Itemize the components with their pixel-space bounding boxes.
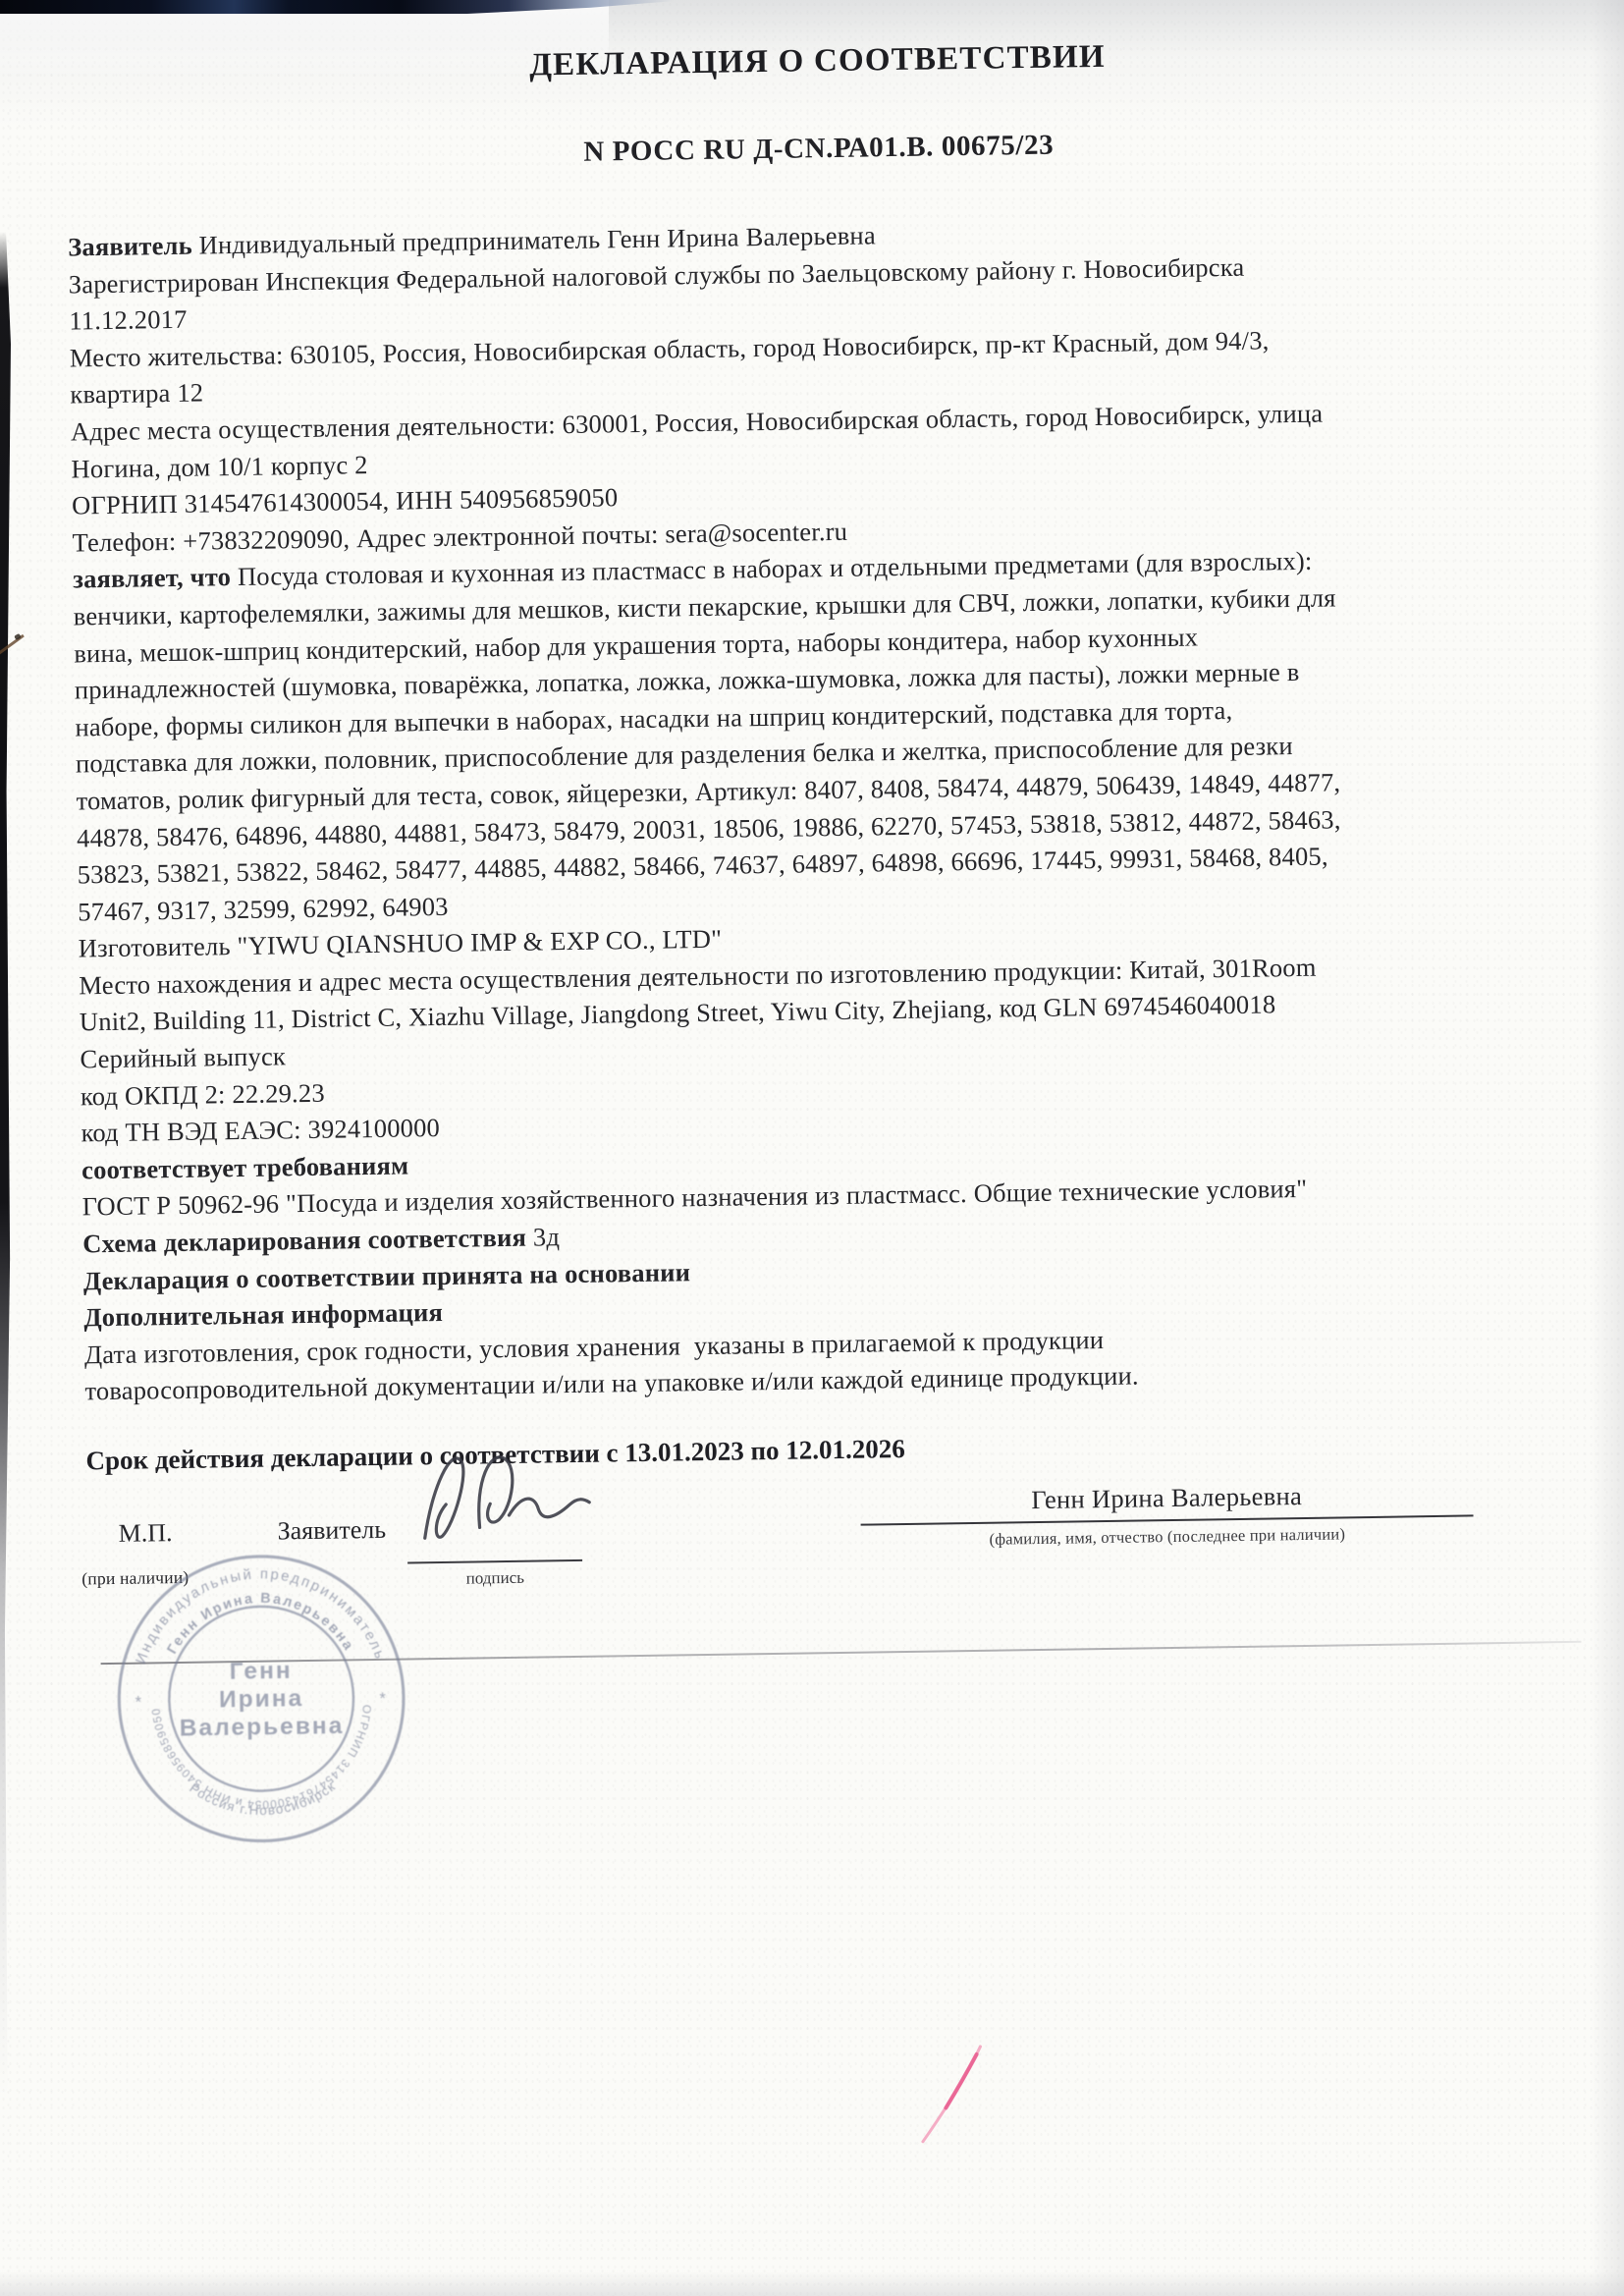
document-number: N РОСС RU Д-CN.РА01.В. 00675/23 [55, 122, 1583, 177]
round-stamp: Индивидуальный предприниматель Генн Ирин… [109, 1547, 414, 1852]
scanned-declaration-page: ДЕКЛАРАЦИЯ О СООТВЕТСТВИИ N РОСС RU Д-CN… [0, 0, 1624, 2296]
stamp-separator-right: * [379, 1690, 386, 1708]
stamp-center-line3: Валерьевна [180, 1713, 345, 1741]
applicant-label: Заявитель [277, 1515, 386, 1547]
stamp-place-label: М.П. [118, 1518, 172, 1549]
validity-period-line: Срок действия декларации о соответствии … [74, 1423, 1601, 1476]
stamp-center-line1: Генн [230, 1658, 293, 1685]
fio-block: Генн Ирина Валерьевна (фамилия, имя, отч… [860, 1477, 1474, 1551]
scan-edge-artifact-left [0, 232, 11, 2098]
document-content: ДЕКЛАРАЦИЯ О СООТВЕТСТВИИ N РОСС RU Д-CN… [53, 19, 1614, 2290]
stamp-center-line2: Ирина [219, 1685, 304, 1713]
signature [394, 1415, 612, 1565]
fio-name: Генн Ирина Валерьевна [860, 1477, 1473, 1517]
signature-caption: подпись [421, 1567, 568, 1589]
red-pen-mark [915, 2041, 1005, 2150]
declaration-body: Заявитель Индивидуальный предприниматель… [56, 207, 1601, 1411]
fio-caption: (фамилия, имя, отчество (последнее при н… [861, 1522, 1474, 1551]
stamp-separator-left: * [135, 1694, 142, 1712]
